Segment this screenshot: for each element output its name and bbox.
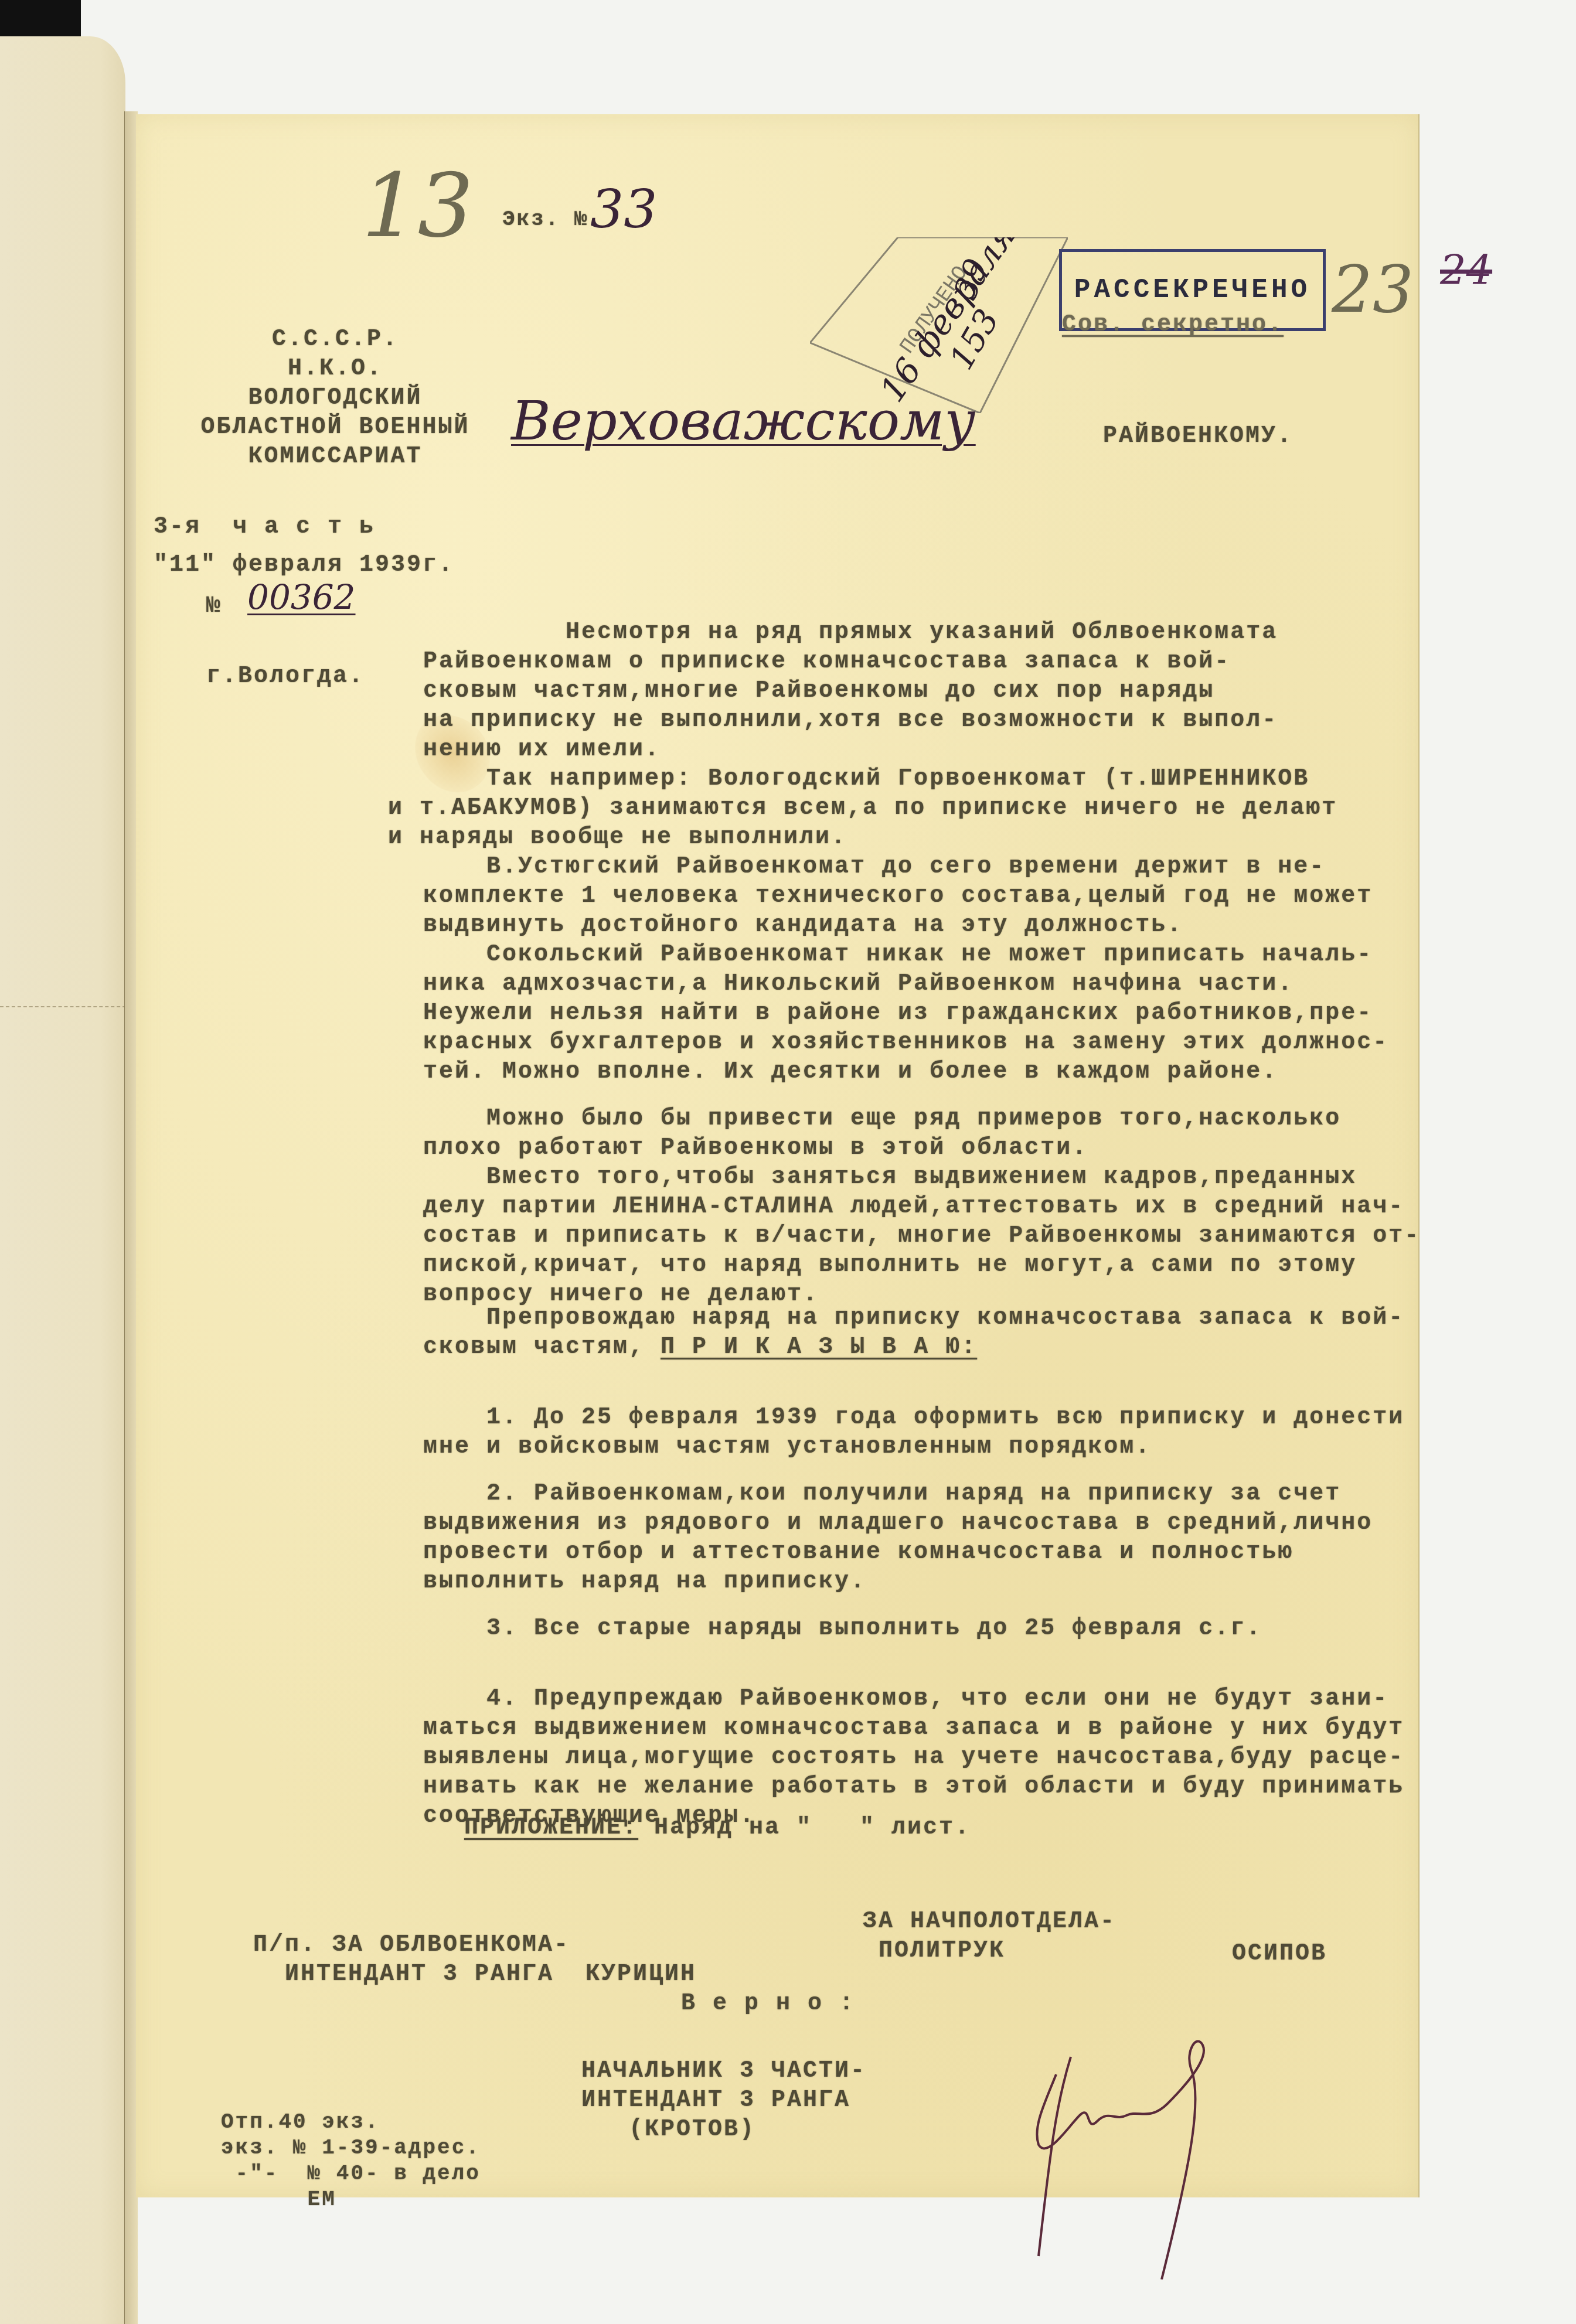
date-line: "11" февраля 1939г. [154, 551, 454, 580]
header-org: С.С.С.Р. Н.К.О. ВОЛОГОДСКИЙ ОБЛАСТНОЙ ВО… [136, 325, 535, 472]
doc-number: 00362 [247, 577, 356, 617]
attachment-label: ПРИЛОЖЕНИЕ: [464, 1814, 638, 1843]
order-4: 4. Предупреждаю Райвоенкомов, что если о… [423, 1685, 1404, 1831]
crossed-sheet-number: 24 [1440, 246, 1492, 294]
sheet-number: 23 [1332, 252, 1414, 327]
attachment-text: Наряд на " " лист. [638, 1814, 971, 1843]
copy-number: 33 [590, 179, 658, 240]
number-label: № [206, 592, 222, 621]
order-word: П Р И К А З Ы В А Ю: [661, 1333, 977, 1362]
certifier-block: НАЧАЛЬНИК 3 ЧАСТИ- ИНТЕНДАНТ 3 РАНГА (КР… [581, 2057, 866, 2145]
classification: Сов. секретно. [1062, 311, 1284, 340]
signature-right: ЗА НАЧПОЛОТДЕЛА- ПОЛИТРУК [863, 1907, 1116, 1966]
handwritten-signature [1015, 2033, 1261, 2279]
fold-line [0, 1006, 144, 1007]
signature-right-name: ОСИПОВ [1232, 1940, 1327, 1969]
copy-number-label: Экз. № [502, 205, 589, 234]
facing-page [0, 36, 125, 2324]
body-text: Несмотря на ряд прямых указаний Облвоенк… [423, 618, 1420, 1310]
city: г.Вологда. [206, 662, 365, 691]
addressee-handwritten: Верховажскому [511, 390, 976, 452]
distribution-block: Отп.40 экз. экз. № 1-39-адрес. -"- № 40-… [221, 2110, 481, 2213]
addressee-typed: РАЙВОЕНКОМУ. [1103, 422, 1293, 451]
document-sheet: 13 Экз. № 33 ПОЛУЧЕНО 16 февраля 39 153 … [136, 114, 1420, 2197]
transmit-paragraph: Препровождаю наряд на приписку комначсос… [423, 1304, 1404, 1362]
received-stamp: ПОЛУЧЕНО 16 февраля 39 153 [810, 237, 1068, 413]
order-1: 1. До 25 февраля 1939 года оформить всю … [423, 1403, 1404, 1462]
page-mark: 13 [362, 155, 474, 257]
order-2: 2. Райвоенкомам,кои получили наряд на пр… [423, 1480, 1373, 1597]
order-3: 3. Все старые наряды выполнить до 25 фев… [423, 1614, 1262, 1644]
signature-left: П/п. ЗА ОБЛВОЕНКОМА- ИНТЕНДАНТ 3 РАНГА К… [253, 1931, 696, 1989]
attachment-line: ПРИЛОЖЕНИЕ: Наряд на " " лист. [464, 1814, 971, 1843]
verified-label: В е р н о : [681, 1989, 855, 2019]
department: 3-я ч а с т ь [154, 513, 375, 542]
